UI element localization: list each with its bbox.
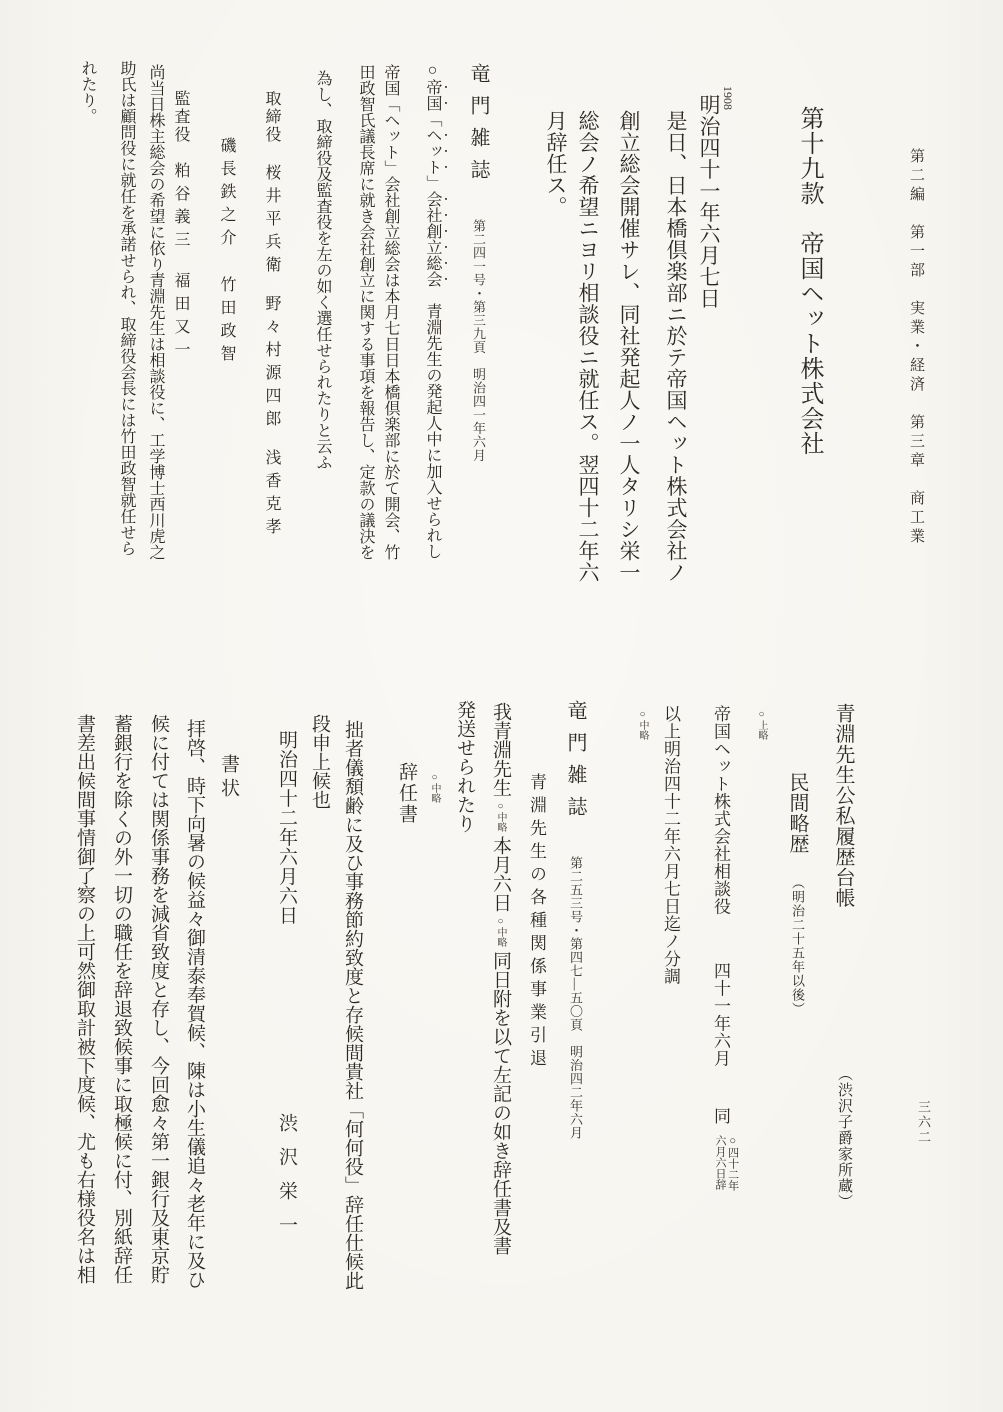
ledger-closing: 以上明治四十二年六月七日迄ノ分調 xyxy=(662,705,679,985)
article-headline: ○帝国「ヘット」会社創立総会 青淵先生の発起人中に加入せられし xyxy=(424,62,450,559)
entry-body-line: 月辞任ス。 xyxy=(545,110,566,218)
directors-row: 取締役 桜井平兵衛 野々村源四郎 浅香克孝 xyxy=(263,90,279,541)
officer-name: 竹田政智 xyxy=(218,276,235,368)
quote-line: 為し、取締役及監査役を左の如く選任せられたりと云ふ xyxy=(314,70,330,470)
resignation-date: 明治四十二年六月六日 xyxy=(276,730,297,925)
ledger-title: 青淵先生公私履歴台帳 xyxy=(833,703,853,908)
headline-emphasized: 帝国 xyxy=(424,79,441,111)
headline-bracket: 「 xyxy=(424,111,441,127)
omission-note-inline: ○中略 xyxy=(495,801,506,832)
ledger-title-note: （渋沢子爵家所蔵） xyxy=(836,1066,851,1210)
auditors-row: 監査役 粕谷義三 福田又一 xyxy=(172,90,188,364)
resignation-line: 拙者儀頽齢に及ひ事務節約致度と存候間貴社「何何役」辞任仕候此 xyxy=(343,720,362,1290)
officer-name: 磯長鉄之介 xyxy=(218,137,235,252)
headline-marker: ○ xyxy=(424,62,441,79)
entry-body-line: 総会ノ希望ニヨリ相談役ニ就任ス。翌四十二年六 xyxy=(577,110,598,583)
omission-note-inline: ○中略 xyxy=(495,916,506,947)
ledger-subtitle-group: 民間略歴 （明治二十五年以後） xyxy=(787,772,807,1016)
lead-text: 我青淵先生 xyxy=(490,702,511,797)
magazine-title: 竜門雑誌 xyxy=(467,63,489,191)
resignation-heading: 辞任書 xyxy=(397,762,416,825)
warichu-left-line: 六月六日辞 xyxy=(713,1135,726,1191)
entry-body-line: 創立総会開催サレ、同社発起人ノ一人タリシ栄一 xyxy=(618,110,639,583)
headline-rest: 青淵先生の発起人中に加入せられし xyxy=(424,287,441,559)
entry-body-line: 是日、日本橋倶楽部ニ於テ帝国ヘット株式会社ノ xyxy=(665,110,686,583)
officer-name: 桜井平兵衛 xyxy=(263,164,280,279)
officer-name: 浅香克孝 xyxy=(263,449,280,541)
warichu-right-line: ○四十二年 xyxy=(726,1135,739,1191)
quote-line: れたり。 xyxy=(79,60,95,124)
article-headline: 青淵先生の各種関係事業引退 xyxy=(528,773,545,1072)
letter-line: 書差出候間事情御了察の上可然御取計被下度候、尤も右様役名は相 xyxy=(75,714,94,1284)
directors-row-continued: 磯長鉄之介 竹田政智 xyxy=(218,137,234,368)
ledger-subtitle-note: （明治二十五年以後） xyxy=(790,876,805,1016)
headline-emphasized: 会社創立総会 xyxy=(424,191,441,287)
lead-text: 本月六日 xyxy=(490,836,511,912)
resignation-date-signature: 明治四十二年六月六日 渋沢栄一 xyxy=(277,730,296,1249)
ledger-entry: 帝国ヘット株式会社相談役 四十一年六月 同 ○四十二年 六月六日辞 xyxy=(712,705,739,1191)
page-number: 三六二 xyxy=(917,1100,930,1145)
letter-heading: 書状 xyxy=(219,754,238,802)
quote-lead-continued: 発送せられたり xyxy=(455,700,474,833)
ledger-subtitle: 民間略歴 xyxy=(786,772,808,854)
auditors-label: 監査役 xyxy=(172,90,189,144)
magazine-source: 竜門雑誌 第二四一号・第三九頁 明治四一年六月 xyxy=(468,63,488,462)
quote-line: 尚当日株主総会の希望に依り青淵先生は相談役に、工学博士西川虎之 xyxy=(147,64,163,560)
section-title: 第十九款 帝国ヘット株式会社 xyxy=(797,106,821,456)
letter-line: 拝啓、時下向暑の候益々御清泰奉賀候、陳は小生儀追々老年に及ひ xyxy=(185,719,204,1289)
ledger-entry-warichu: ○四十二年 六月六日辞 xyxy=(713,1135,738,1191)
ledger-entry-ditto: 同 xyxy=(711,1107,730,1125)
resignation-line: 段申上候也 xyxy=(310,714,329,809)
running-header: 第二編 第一部 実業・経済 第三章 商工業 xyxy=(908,148,923,547)
omission-note: ○中略 xyxy=(637,709,647,740)
scanned-book-page: 第二編 第一部 実業・経済 第三章 商工業 第十九款 帝国ヘット株式会社 190… xyxy=(0,0,1003,1412)
quote-line: 田政智氏議長席に就き会社創立に関する事項を報告し、定款の議決を xyxy=(357,64,373,560)
letter-line: 候に付ては関係事務を減省致度と存し、今回愈々第一銀行及東京貯 xyxy=(149,714,168,1284)
headline-bracket: 」 xyxy=(424,175,441,191)
headline-emphasized: ヘット xyxy=(424,127,441,175)
officer-name: 粕谷義三 xyxy=(172,162,189,254)
western-year-note: 1908 xyxy=(722,86,734,110)
signature: 渋沢栄一 xyxy=(276,1113,297,1249)
ledger-entry-office: 帝国ヘット株式会社相談役 xyxy=(711,705,730,915)
omission-note: ○中略 xyxy=(429,772,439,803)
officer-name: 福田又一 xyxy=(172,272,189,364)
magazine-citation: 第二五三号・第四七―五〇頁 明治四二年六月 xyxy=(568,856,583,1140)
letter-line: 蓄銀行を除くの外一切の職任を辞退致候事に取極候に付、別紙辞任 xyxy=(112,714,131,1284)
quote-line: 帝国「ヘット」会社創立総会は本月七日日本橋倶楽部に於て開会、竹 xyxy=(382,64,398,560)
entry-date: 明治四十一年六月七日 xyxy=(698,94,719,309)
magazine-citation: 第二四一号・第三九頁 明治四一年六月 xyxy=(471,219,486,462)
lead-text: 同日附を以て左記の如き辞任書及書 xyxy=(490,951,511,1255)
quote-line: 助氏は顧問役に就任を承諾せられ、取締役会長には竹田政智就任せら xyxy=(118,60,134,556)
magazine-source: 竜門雑誌 第二五三号・第四七―五〇頁 明治四二年六月 xyxy=(565,700,585,1140)
ledger-entry-date: 四十一年六月 xyxy=(711,962,730,1067)
magazine-title: 竜門雑誌 xyxy=(564,700,586,828)
omission-note: ○上略 xyxy=(756,709,766,740)
officer-name: 野々村源四郎 xyxy=(263,295,280,433)
directors-label: 取締役 xyxy=(263,90,280,144)
quote-lead: 我青淵先生○中略本月六日○中略同日附を以て左記の如き辞任書及書 xyxy=(491,702,510,1255)
